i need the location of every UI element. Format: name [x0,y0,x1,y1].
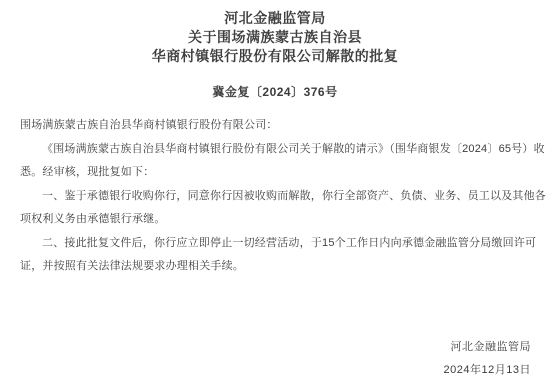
title-line-2: 关于围场满族蒙古族自治县 [0,28,550,47]
document-title: 河北金融监管局 关于围场满族蒙古族自治县 华商村镇银行股份有限公司解散的批复 [0,9,550,66]
title-line-3: 华商村镇银行股份有限公司解散的批复 [0,47,550,66]
title-line-1: 河北金融监管局 [0,9,550,28]
body-line: 一、鉴于承德银行收购你行，同意你行因被收购而解散，你行全部资产、负债、业务、员工… [20,185,534,209]
document-number: 冀金复〔2024〕376号 [0,83,550,100]
body-line: 二、接此批复文件后，你行应立即停止一切经营活动，于15个工作日内向承德金融监管分… [20,232,534,256]
signature-block: 河北金融监管局 2024年12月13日 [444,336,531,379]
addressee-line: 围场满族蒙古族自治县华商村镇银行股份有限公司： [20,114,534,138]
body-line: 《围场满族蒙古族自治县华商村镇银行股份有限公司关于解散的请示》（围华商银发〔20… [20,138,534,162]
signature-org: 河北金融监管局 [444,336,531,359]
document-page: 河北金融监管局 关于围场满族蒙古族自治县 华商村镇银行股份有限公司解散的批复 冀… [0,0,550,379]
signature-date: 2024年12月13日 [444,359,531,379]
body-line: 悉。经审核，现批复如下： [20,161,534,185]
document-body: 围场满族蒙古族自治县华商村镇银行股份有限公司： 《围场满族蒙古族自治县华商村镇银… [20,114,534,279]
body-line: 项权利义务由承德银行承继。 [20,208,534,232]
body-line: 证，并按照有关法律法规要求办理相关手续。 [20,255,534,279]
